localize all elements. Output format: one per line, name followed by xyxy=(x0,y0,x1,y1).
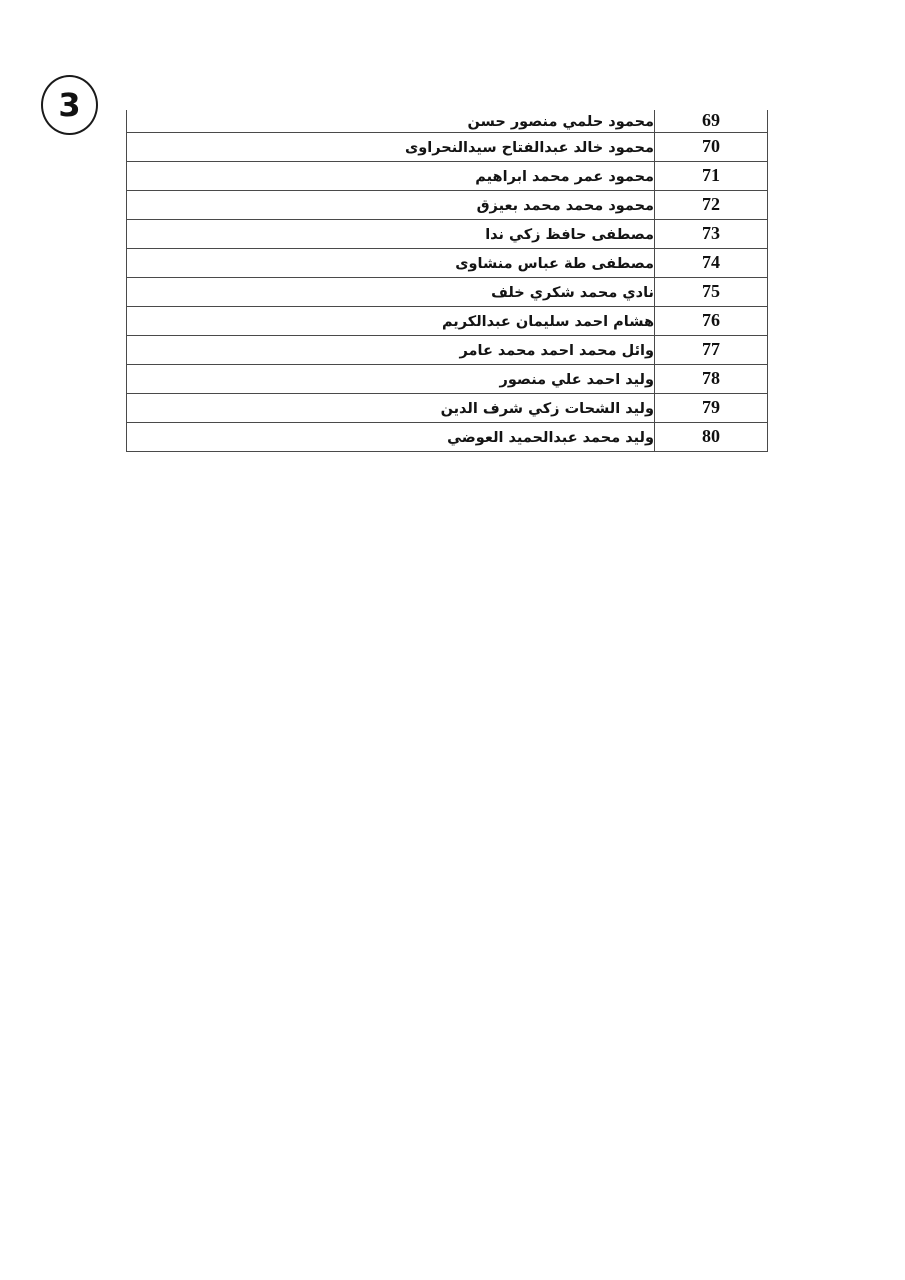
row-number-cell: 69 xyxy=(655,110,768,132)
table-row: 75 نادي محمد شكري خلف xyxy=(127,277,768,306)
row-name: وليد احمد علي منصور xyxy=(499,372,654,388)
row-name: محمود خالد عبدالفتاح سيدالنحراوى xyxy=(405,140,654,156)
row-name-cell: محمود محمد محمد بعيزق xyxy=(127,190,655,219)
row-number: 80 xyxy=(702,426,720,446)
table-row: 79 وليد الشحات زكي شرف الدين xyxy=(127,393,768,422)
row-number-cell: 73 xyxy=(655,219,768,248)
row-number-cell: 79 xyxy=(655,393,768,422)
row-number: 72 xyxy=(702,194,720,214)
row-number: 71 xyxy=(702,165,720,185)
row-name: وليد محمد عبدالحميد العوضي xyxy=(447,430,654,446)
row-name: هشام احمد سليمان عبدالكريم xyxy=(442,314,654,330)
table-row: 73 مصطفى حافظ زكي ندا xyxy=(127,219,768,248)
row-number: 69 xyxy=(702,110,720,130)
table-row: 74 مصطفى طة عباس منشاوى xyxy=(127,248,768,277)
row-name-cell: مصطفى حافظ زكي ندا xyxy=(127,219,655,248)
row-name-cell: محمود خالد عبدالفتاح سيدالنحراوى xyxy=(127,132,655,161)
row-name: مصطفى طة عباس منشاوى xyxy=(455,256,654,272)
table-row: 77 وائل محمد احمد محمد عامر xyxy=(127,335,768,364)
roster-table-body: 69 محمود حلمي منصور حسن 70 محمود خالد عب… xyxy=(127,110,768,451)
table-row: 71 محمود عمر محمد ابراهيم xyxy=(127,161,768,190)
row-number-cell: 77 xyxy=(655,335,768,364)
row-name: محمود عمر محمد ابراهيم xyxy=(475,169,654,185)
row-number: 75 xyxy=(702,281,720,301)
table-row: 70 محمود خالد عبدالفتاح سيدالنحراوى xyxy=(127,132,768,161)
roster-table: 69 محمود حلمي منصور حسن 70 محمود خالد عب… xyxy=(126,110,768,452)
row-number: 79 xyxy=(702,397,720,417)
row-number-cell: 78 xyxy=(655,364,768,393)
row-name-cell: نادي محمد شكري خلف xyxy=(127,277,655,306)
page-number: 3 xyxy=(58,89,80,121)
row-name-cell: مصطفى طة عباس منشاوى xyxy=(127,248,655,277)
row-name: وليد الشحات زكي شرف الدين xyxy=(441,401,654,417)
row-number-cell: 80 xyxy=(655,422,768,451)
page-number-badge: 3 xyxy=(41,75,98,135)
row-number: 73 xyxy=(702,223,720,243)
row-name-cell: وليد احمد علي منصور xyxy=(127,364,655,393)
row-name-cell: وليد الشحات زكي شرف الدين xyxy=(127,393,655,422)
row-number-cell: 72 xyxy=(655,190,768,219)
row-number: 78 xyxy=(702,368,720,388)
row-number: 70 xyxy=(702,136,720,156)
row-number-cell: 76 xyxy=(655,306,768,335)
row-name-cell: محمود عمر محمد ابراهيم xyxy=(127,161,655,190)
row-name: محمود محمد محمد بعيزق xyxy=(477,198,654,214)
row-name-cell: وليد محمد عبدالحميد العوضي xyxy=(127,422,655,451)
table-row: 72 محمود محمد محمد بعيزق xyxy=(127,190,768,219)
row-name: مصطفى حافظ زكي ندا xyxy=(485,227,654,243)
document-page: 3 69 محمود حلمي منصور حسن 70 محمود خالد … xyxy=(0,0,905,1280)
row-number: 76 xyxy=(702,310,720,330)
row-number-cell: 71 xyxy=(655,161,768,190)
row-number-cell: 70 xyxy=(655,132,768,161)
row-name-cell: هشام احمد سليمان عبدالكريم xyxy=(127,306,655,335)
row-number-cell: 75 xyxy=(655,277,768,306)
table-row: 80 وليد محمد عبدالحميد العوضي xyxy=(127,422,768,451)
table-row: 69 محمود حلمي منصور حسن xyxy=(127,110,768,132)
row-name: محمود حلمي منصور حسن xyxy=(468,114,654,130)
table-row: 78 وليد احمد علي منصور xyxy=(127,364,768,393)
table-row: 76 هشام احمد سليمان عبدالكريم xyxy=(127,306,768,335)
row-number-cell: 74 xyxy=(655,248,768,277)
row-number: 77 xyxy=(702,339,720,359)
row-name-cell: وائل محمد احمد محمد عامر xyxy=(127,335,655,364)
row-name-cell: محمود حلمي منصور حسن xyxy=(127,110,655,132)
row-number: 74 xyxy=(702,252,720,272)
row-name: نادي محمد شكري خلف xyxy=(491,285,654,301)
row-name: وائل محمد احمد محمد عامر xyxy=(460,343,654,359)
